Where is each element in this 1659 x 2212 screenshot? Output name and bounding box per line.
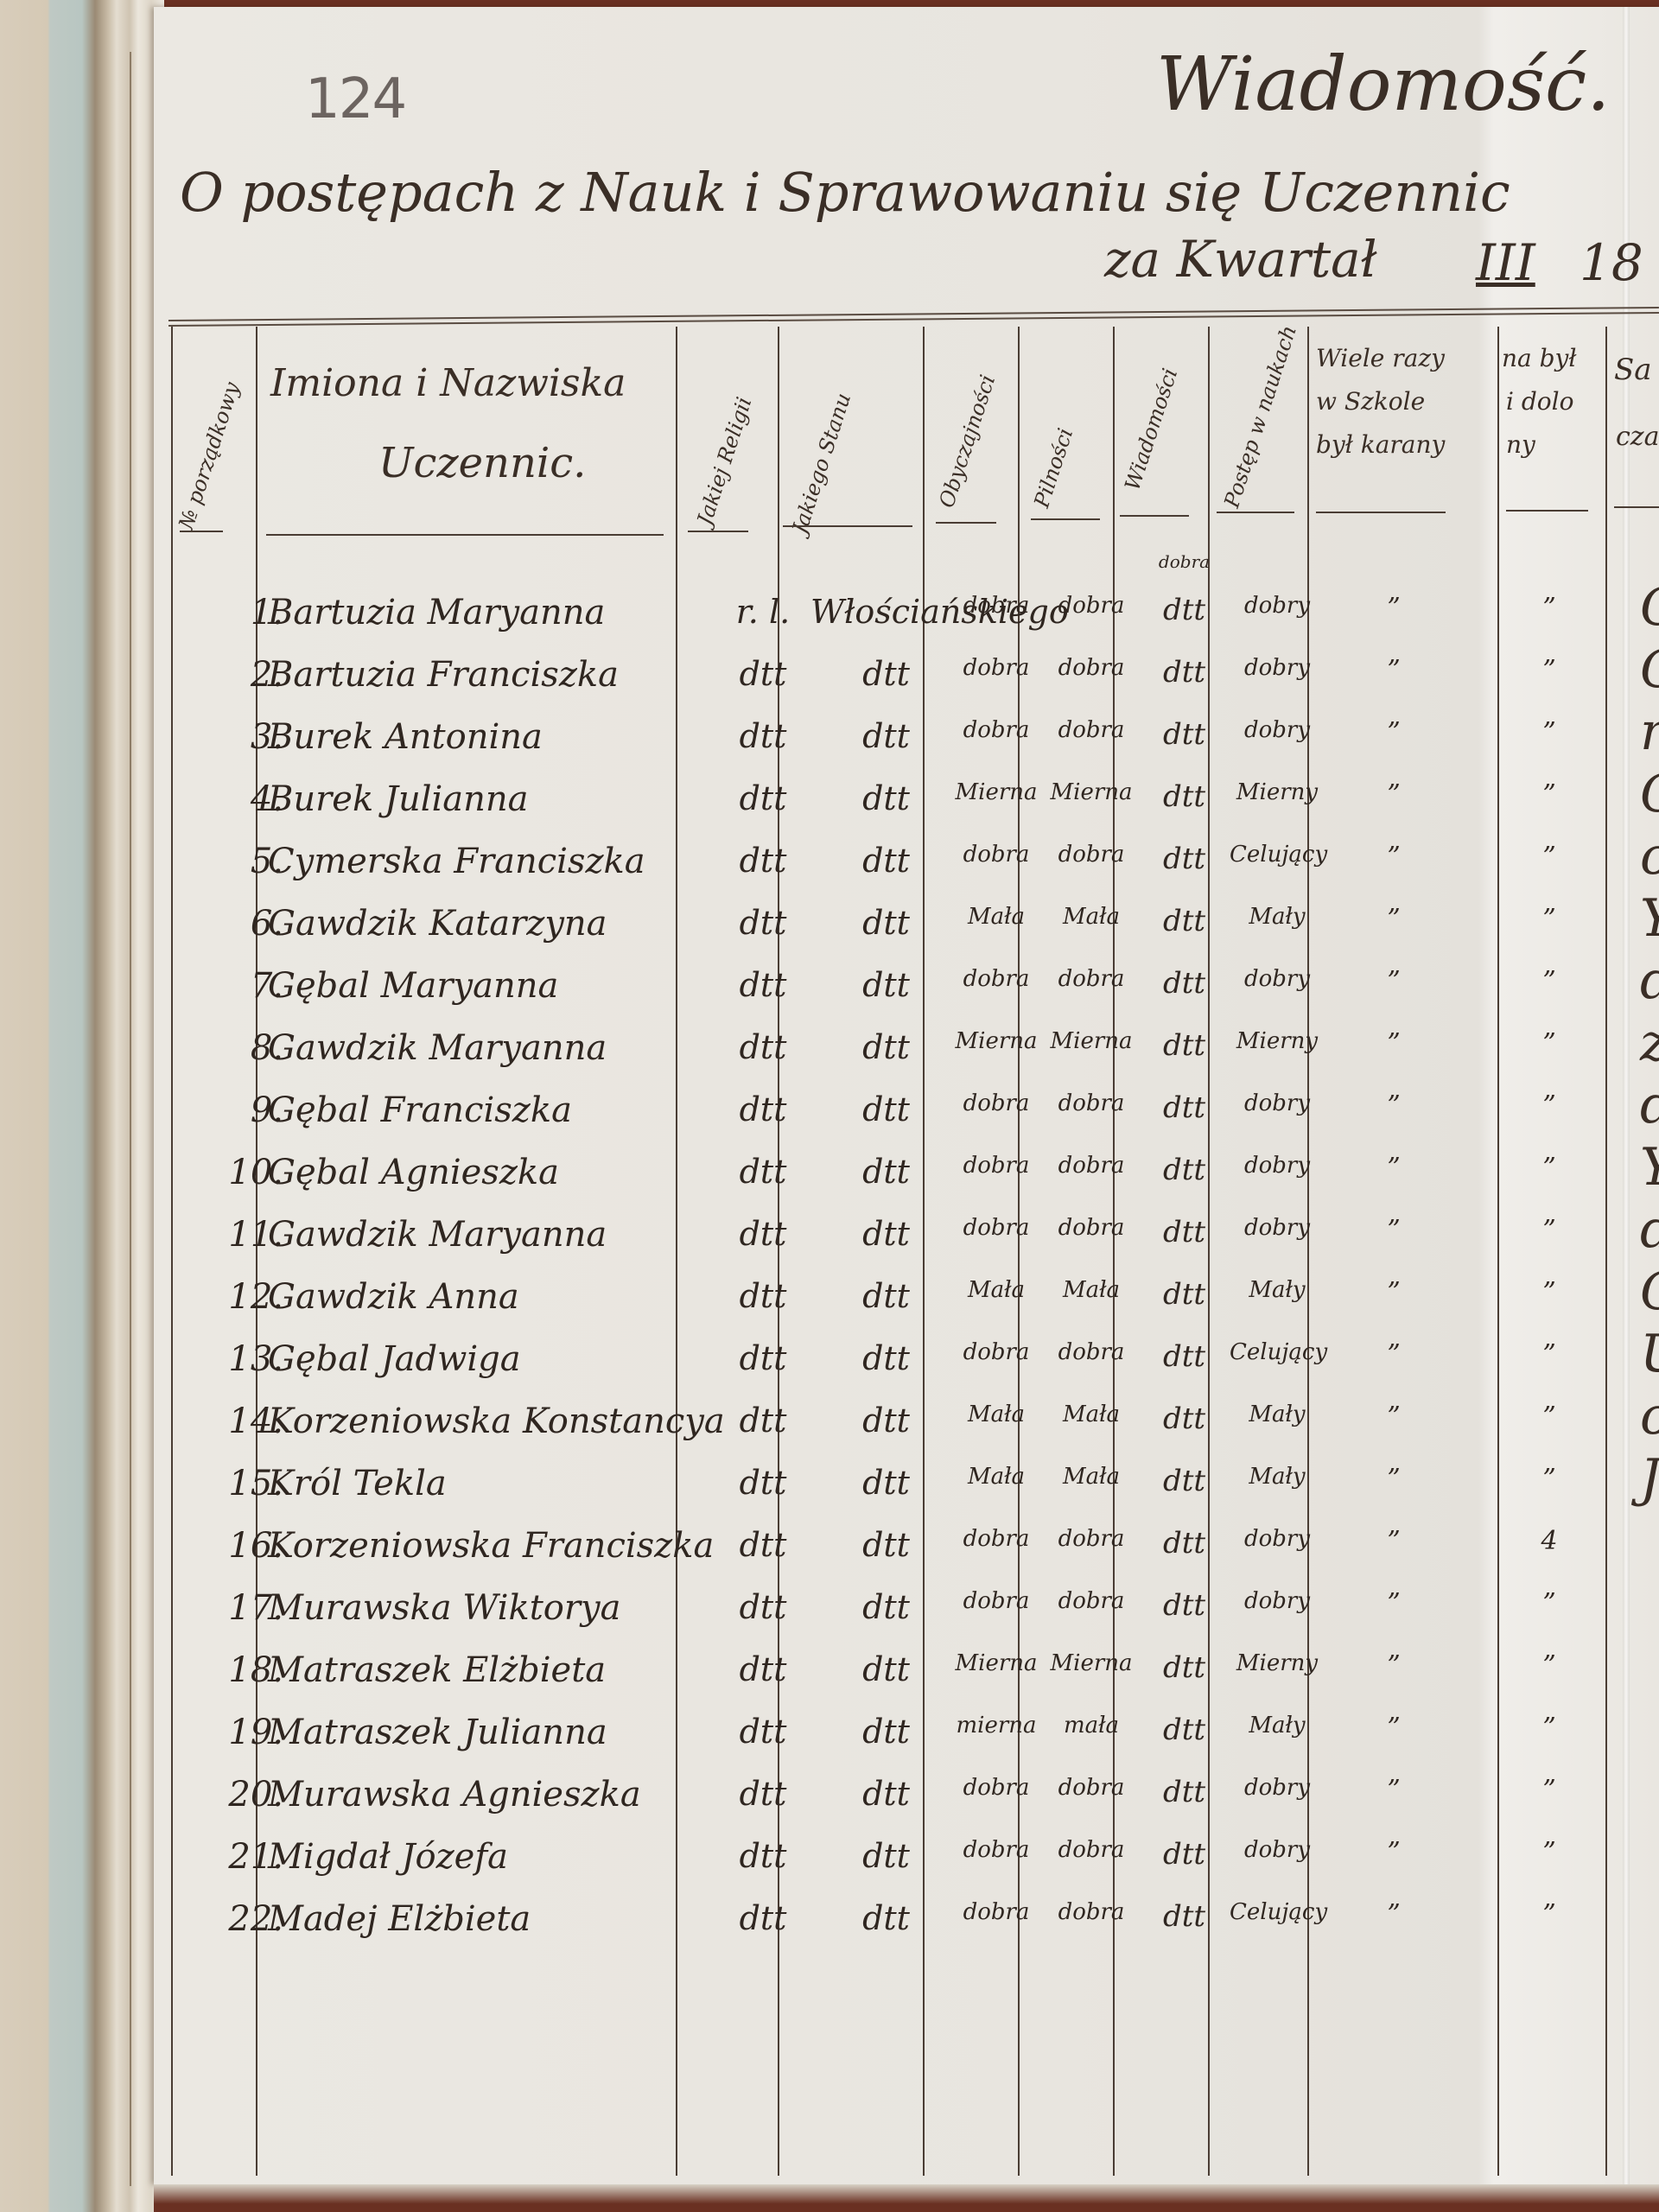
extra-cell: ” <box>1519 1775 1580 1805</box>
table-row: 16.Korzeniowska Franciszkadttdttdobradob… <box>154 1510 1659 1580</box>
estate-cell: dtt <box>810 1215 962 1253</box>
punishments-cell: ” <box>1333 1899 1454 1929</box>
knowledge-grade: dtt <box>1139 966 1230 1001</box>
estate-cell: dtt <box>810 1090 962 1128</box>
student-name: Gawdzik Anna <box>268 1277 519 1317</box>
header-knowledge: Wiadomości <box>1120 365 1182 493</box>
estate-cell: dtt <box>810 966 962 1004</box>
knowledge-grade: dtt <box>1139 1090 1230 1125</box>
religion-cell: dtt <box>715 1153 810 1191</box>
header-right-line1: Sa <box>1614 353 1652 387</box>
religion-cell: dtt <box>715 655 810 693</box>
morals-grade: dobra <box>949 1775 1044 1801</box>
student-name: Gawdzik Maryanna <box>268 1028 607 1068</box>
right-page-fragment: U <box>1640 1324 1659 1384</box>
right-page-fragment: za <box>1640 1013 1659 1073</box>
progress-grade: dobry <box>1230 655 1325 681</box>
student-name: Bartuzia Maryanna <box>268 593 605 632</box>
estate-cell: dtt <box>810 1402 962 1440</box>
punishments-cell: ” <box>1333 1339 1454 1370</box>
estate-cell: dtt <box>810 904 962 942</box>
morals-grade: Mała <box>949 1277 1044 1303</box>
table-row: 10.Gębal Agnieszkadttdttdobradobradttdob… <box>154 1137 1659 1206</box>
religion-cell: dtt <box>715 1526 810 1564</box>
header-name-line2: Uczennic. <box>378 439 586 487</box>
morals-grade: dobra <box>949 655 1044 681</box>
header-name-line1: Imiona i Nazwiska <box>270 361 626 405</box>
progress-grade: Mierny <box>1230 1650 1325 1676</box>
extra-cell: ” <box>1519 1339 1580 1370</box>
extra-cell: ” <box>1519 1650 1580 1681</box>
header-punish-line2: w Szkole <box>1316 387 1425 416</box>
right-page-fragment: dz <box>1640 1199 1659 1260</box>
progress-grade: dobry <box>1230 593 1325 619</box>
punishments-cell: ” <box>1333 1713 1454 1743</box>
table-row: 6.Gawdzik KatarzynadttdttMałaMaładttMały… <box>154 888 1659 957</box>
morals-grade: dobra <box>949 842 1044 868</box>
header-religion: Jakiej Religii <box>692 394 756 528</box>
morals-grade: dobra <box>949 1153 1044 1179</box>
diligence-grade: dobra <box>1044 1090 1139 1116</box>
progress-grade: Mały <box>1230 1464 1325 1490</box>
morals-grade: dobra <box>949 1837 1044 1863</box>
religion-cell: dtt <box>715 1899 810 1937</box>
header-na-line1: na był <box>1502 344 1576 372</box>
punishments-cell: ” <box>1333 1526 1454 1556</box>
extra-cell: ” <box>1519 1588 1580 1618</box>
progress-grade: dobry <box>1230 1837 1325 1863</box>
table-row: 5.Cymerska Franciszkadttdttdobradobradtt… <box>154 826 1659 895</box>
progress-grade: Celujący <box>1230 1339 1325 1365</box>
religion-cell: dtt <box>715 1090 810 1128</box>
religion-cell: dtt <box>715 779 810 817</box>
header-underline <box>1217 512 1294 513</box>
progress-grade: Mały <box>1230 1277 1325 1303</box>
extra-cell: ” <box>1519 966 1580 996</box>
diligence-grade: Mierna <box>1044 1028 1139 1054</box>
religion-cell: dtt <box>715 1588 810 1626</box>
header-underline <box>1120 515 1189 517</box>
diligence-grade: dobra <box>1044 1775 1139 1801</box>
punishments-cell: ” <box>1333 1277 1454 1307</box>
table-row: 2.Bartuzia Franciszkadttdttdobradobradtt… <box>154 639 1659 709</box>
estate-cell: dtt <box>810 1028 962 1066</box>
right-page-fragment: O <box>1640 639 1659 700</box>
header-number: № porządkowy <box>174 379 244 532</box>
diligence-grade: Mała <box>1044 1464 1139 1490</box>
religion-cell: dtt <box>715 904 810 942</box>
year: 18 <box>1580 233 1643 292</box>
table-row: 3.Burek Antoninadttdttdobradobradttdobry… <box>154 702 1659 771</box>
student-name: Burek Antonina <box>268 717 543 757</box>
punishments-cell: ” <box>1333 1402 1454 1432</box>
right-page-fragment: O <box>1640 764 1659 824</box>
knowledge-grade: dtt <box>1139 842 1230 876</box>
religion-cell: dtt <box>715 842 810 880</box>
student-name: Gębal Franciszka <box>268 1090 572 1130</box>
table-row: 15.Król TekladttdttMałaMaładttMały””J <box>154 1448 1659 1517</box>
religion-cell: dtt <box>715 717 810 755</box>
estate-cell: dtt <box>810 842 962 880</box>
header-underline <box>1316 512 1446 513</box>
student-name: Król Tekla <box>268 1464 447 1503</box>
knowledge-grade: dtt <box>1139 1588 1230 1623</box>
religion-cell: dtt <box>715 966 810 1004</box>
knowledge-grade: dtt <box>1139 1339 1230 1374</box>
student-name: Gawdzik Maryanna <box>268 1215 607 1255</box>
estate-cell: dtt <box>810 1153 962 1191</box>
header-punish-line1: Wiele razy <box>1316 344 1445 372</box>
diligence-grade: dobra <box>1044 1215 1139 1241</box>
extra-cell: ” <box>1519 1402 1580 1432</box>
header-underline <box>1614 506 1659 508</box>
table-row: 12.Gawdzik AnnadttdttMałaMaładttMały””O <box>154 1262 1659 1331</box>
diligence-grade: Mała <box>1044 904 1139 930</box>
estate-cell: dtt <box>810 779 962 817</box>
right-page-fragment: O <box>1640 577 1659 638</box>
ledger-page: 124 Wiadomość. O postępach z Nauk i Spra… <box>154 7 1659 2184</box>
student-name: Murawska Wiktorya <box>268 1588 620 1628</box>
punishments-cell: ” <box>1333 1153 1454 1183</box>
diligence-grade: dobra <box>1044 1588 1139 1614</box>
estate-cell: dtt <box>810 1464 962 1502</box>
punishments-cell: ” <box>1333 779 1454 810</box>
progress-grade: dobry <box>1230 1215 1325 1241</box>
header-morals: Obyczajności <box>934 372 1000 511</box>
extra-cell: ” <box>1519 1153 1580 1183</box>
progress-grade: dobry <box>1230 1526 1325 1552</box>
estate-cell: dtt <box>810 1899 962 1937</box>
student-table: № porządkowy Imiona i Nazwiska Uczennic.… <box>154 327 1659 2176</box>
header-underline <box>1506 510 1588 512</box>
punishments-cell: ” <box>1333 717 1454 747</box>
knowledge-grade: dtt <box>1139 1402 1230 1436</box>
header-underline <box>783 525 912 527</box>
progress-grade: Celujący <box>1230 1899 1325 1925</box>
extra-cell: ” <box>1519 1090 1580 1121</box>
header-underline <box>1031 518 1100 520</box>
estate-cell: dtt <box>810 655 962 693</box>
punishments-cell: ” <box>1333 1650 1454 1681</box>
extra-cell: ” <box>1519 717 1580 747</box>
religion-cell: dtt <box>715 1339 810 1377</box>
morals-grade: Mierna <box>949 1650 1044 1676</box>
estate-cell: dtt <box>810 1650 962 1688</box>
morals-grade: Mała <box>949 1402 1044 1427</box>
progress-grade: Mały <box>1230 904 1325 930</box>
morals-grade: dobra <box>949 966 1044 992</box>
morals-grade: Mała <box>949 1464 1044 1490</box>
knowledge-grade: dtt <box>1139 779 1230 814</box>
progress-grade: Mały <box>1230 1713 1325 1738</box>
student-name: Madej Elżbieta <box>268 1899 531 1939</box>
estate-cell: dtt <box>810 1526 962 1564</box>
table-row: 11.Gawdzik Maryannadttdttdobradobradttdo… <box>154 1199 1659 1268</box>
extra-cell: ” <box>1519 655 1580 685</box>
punishments-cell: ” <box>1333 1215 1454 1245</box>
morals-grade: mierna <box>949 1713 1044 1738</box>
table-row: 7.Gębal Maryannadttdttdobradobradttdobry… <box>154 950 1659 1020</box>
diligence-grade: dobra <box>1044 1899 1139 1925</box>
student-name: Matraszek Julianna <box>268 1713 607 1752</box>
header-na-line3: ny <box>1506 430 1535 459</box>
table-row: 20.Murawska Agnieszkadttdttdobradobradtt… <box>154 1759 1659 1828</box>
right-page-fragment: nu <box>1640 702 1659 762</box>
table-row: 18.Matraszek ElżbietadttdttMiernaMiernad… <box>154 1635 1659 1704</box>
right-page-fragment: J <box>1640 1448 1659 1509</box>
table-row: 14.Korzeniowska KonstancyadttdttMałaMała… <box>154 1386 1659 1455</box>
header-underline <box>936 522 996 524</box>
religion-cell: dtt <box>715 1650 810 1688</box>
punishments-cell: ” <box>1333 655 1454 685</box>
table-row: 21.Migdał Józefadttdttdobradobradttdobry… <box>154 1821 1659 1891</box>
table-row: 1.Bartuzia Maryannar. l.Włościańskiegodo… <box>154 577 1659 646</box>
progress-grade: Mierny <box>1230 1028 1325 1054</box>
header-underline <box>266 534 664 536</box>
diligence-grade: dobra <box>1044 717 1139 743</box>
knowledge-grade: dtt <box>1139 593 1230 627</box>
header-estate: Jakiego Stanu <box>787 391 855 537</box>
morals-grade: dobra <box>949 717 1044 743</box>
punishments-cell: ” <box>1333 966 1454 996</box>
knowledge-grade: dtt <box>1139 1277 1230 1312</box>
punishments-cell: ” <box>1333 1090 1454 1121</box>
knowledge-grade: dtt <box>1139 904 1230 938</box>
knowledge-note: dobra <box>1139 551 1230 572</box>
punishments-cell: ” <box>1333 1464 1454 1494</box>
knowledge-grade: dtt <box>1139 1775 1230 1809</box>
right-page-fragment: o <box>1640 826 1659 887</box>
table-row: 13.Gębal JadwigadttdttdobradobradttCeluj… <box>154 1324 1659 1393</box>
punishments-cell: ” <box>1333 904 1454 934</box>
diligence-grade: dobra <box>1044 842 1139 868</box>
table-row: 9.Gębal Franciszkadttdttdobradobradttdob… <box>154 1075 1659 1144</box>
progress-grade: Mały <box>1230 1402 1325 1427</box>
religion-cell: dtt <box>715 1775 810 1813</box>
knowledge-grade: dtt <box>1139 1899 1230 1934</box>
right-page-fragment: O <box>1640 1262 1659 1322</box>
punishments-cell: ” <box>1333 1775 1454 1805</box>
religion-cell: dtt <box>715 1837 810 1875</box>
diligence-grade: dobra <box>1044 1153 1139 1179</box>
right-page-fragment: o <box>1640 1386 1659 1446</box>
knowledge-grade: dtt <box>1139 1028 1230 1063</box>
student-name: Gębal Maryanna <box>268 966 558 1006</box>
right-page-fragment: dz <box>1640 950 1659 1011</box>
student-name: Murawska Agnieszka <box>268 1775 641 1815</box>
page-heading: Wiadomość. <box>1156 41 1610 128</box>
extra-cell: ” <box>1519 1277 1580 1307</box>
extra-cell: ” <box>1519 1713 1580 1743</box>
student-name: Matraszek Elżbieta <box>268 1650 606 1690</box>
header-na-line2: i dolo <box>1506 387 1573 416</box>
header-progress: Postęp w naukach <box>1219 322 1301 511</box>
punishments-cell: ” <box>1333 842 1454 872</box>
knowledge-grade: dtt <box>1139 1650 1230 1685</box>
estate-cell: dtt <box>810 1713 962 1751</box>
knowledge-grade: dtt <box>1139 1837 1230 1872</box>
progress-grade: Celujący <box>1230 842 1325 868</box>
estate-cell: Włościańskiego <box>810 593 962 631</box>
estate-cell: dtt <box>810 1277 962 1315</box>
knowledge-grade: dtt <box>1139 1464 1230 1498</box>
progress-grade: Mierny <box>1230 779 1325 805</box>
extra-cell: ” <box>1519 593 1580 623</box>
estate-cell: dtt <box>810 717 962 755</box>
student-name: Migdał Józefa <box>268 1837 508 1877</box>
estate-cell: dtt <box>810 1775 962 1813</box>
punishments-cell: ” <box>1333 1588 1454 1618</box>
table-row: 19.Matraszek Juliannadttdttmiernamaładtt… <box>154 1697 1659 1766</box>
progress-grade: dobry <box>1230 1775 1325 1801</box>
estate-cell: dtt <box>810 1837 962 1875</box>
table-row: 17.Murawska Wiktoryadttdttdobradobradttd… <box>154 1573 1659 1642</box>
header-diligence: Pilności <box>1029 425 1077 511</box>
religion-cell: r. l. <box>715 593 810 631</box>
morals-grade: dobra <box>949 1588 1044 1614</box>
progress-grade: dobry <box>1230 966 1325 992</box>
student-name: Cymerska Franciszka <box>268 842 645 881</box>
table-row: 4.Burek JuliannadttdttMiernaMiernadttMie… <box>154 764 1659 833</box>
extra-cell: ” <box>1519 1899 1580 1929</box>
morals-grade: dobra <box>949 1090 1044 1116</box>
extra-cell: ” <box>1519 842 1580 872</box>
right-page-fragment: Y <box>1640 888 1659 949</box>
morals-grade: Mała <box>949 904 1044 930</box>
extra-cell: ” <box>1519 1464 1580 1494</box>
extra-cell: ” <box>1519 1215 1580 1245</box>
religion-cell: dtt <box>715 1713 810 1751</box>
student-name: Gawdzik Katarzyna <box>268 904 607 944</box>
right-page-fragment: dl <box>1640 1075 1659 1135</box>
header-right-line2: cza <box>1616 422 1659 452</box>
knowledge-grade: dtt <box>1139 1153 1230 1187</box>
folio-number: 124 <box>305 67 405 131</box>
morals-grade: dobra <box>949 1526 1044 1552</box>
table-row: 22.Madej ElżbietadttdttdobradobradttCelu… <box>154 1884 1659 1953</box>
diligence-grade: dobra <box>1044 593 1139 619</box>
morals-grade: Mierna <box>949 1028 1044 1054</box>
knowledge-grade: dtt <box>1139 717 1230 752</box>
knowledge-grade: dtt <box>1139 1215 1230 1249</box>
diligence-grade: dobra <box>1044 1526 1139 1552</box>
religion-cell: dtt <box>715 1402 810 1440</box>
diligence-grade: Mała <box>1044 1277 1139 1303</box>
diligence-grade: Mierna <box>1044 1650 1139 1676</box>
header-punish-line3: był karany <box>1316 430 1445 459</box>
diligence-grade: dobra <box>1044 1339 1139 1365</box>
student-name: Gębal Jadwiga <box>268 1339 521 1379</box>
diligence-grade: dobra <box>1044 655 1139 681</box>
religion-cell: dtt <box>715 1028 810 1066</box>
punishments-cell: ” <box>1333 593 1454 623</box>
progress-grade: dobry <box>1230 1090 1325 1116</box>
religion-cell: dtt <box>715 1277 810 1315</box>
extra-cell: ” <box>1519 1028 1580 1058</box>
knowledge-grade: dtt <box>1139 1713 1230 1747</box>
extra-cell: ” <box>1519 1837 1580 1867</box>
page-subtitle: O postępach z Nauk i Sprawowaniu się Ucz… <box>180 161 1510 224</box>
punishments-cell: ” <box>1333 1837 1454 1867</box>
page-subtitle-quarter: za Kwartał <box>1104 230 1377 289</box>
quarter-number: III <box>1476 233 1535 292</box>
morals-grade: dobra <box>949 1899 1044 1925</box>
morals-grade: Mierna <box>949 779 1044 805</box>
estate-cell: dtt <box>810 1588 962 1626</box>
progress-grade: dobry <box>1230 1153 1325 1179</box>
progress-grade: dobry <box>1230 717 1325 743</box>
header-underline <box>180 531 223 532</box>
student-name: Korzeniowska Konstancya <box>268 1402 725 1441</box>
extra-cell: ” <box>1519 904 1580 934</box>
diligence-grade: Mała <box>1044 1402 1139 1427</box>
extra-cell: 4 <box>1519 1526 1580 1556</box>
religion-cell: dtt <box>715 1215 810 1253</box>
religion-cell: dtt <box>715 1464 810 1502</box>
estate-cell: dtt <box>810 1339 962 1377</box>
punishments-cell: ” <box>1333 1028 1454 1058</box>
knowledge-grade: dtt <box>1139 1526 1230 1560</box>
extra-cell: ” <box>1519 779 1580 810</box>
student-name: Korzeniowska Franciszka <box>268 1526 714 1566</box>
diligence-grade: Mierna <box>1044 779 1139 805</box>
diligence-grade: dobra <box>1044 966 1139 992</box>
header-rule <box>168 307 1659 327</box>
morals-grade: dobra <box>949 1339 1044 1365</box>
knowledge-grade: dtt <box>1139 655 1230 690</box>
student-name: Gębal Agnieszka <box>268 1153 559 1192</box>
right-page-fragment: Y <box>1640 1137 1659 1198</box>
table-row: 8.Gawdzik MaryannadttdttMiernaMiernadttM… <box>154 1013 1659 1082</box>
header-underline <box>688 531 748 532</box>
student-name: Bartuzia Franciszka <box>268 655 619 695</box>
diligence-grade: mała <box>1044 1713 1139 1738</box>
page-bottom-edge <box>154 2184 1659 2212</box>
morals-grade: dobra <box>949 593 1044 619</box>
student-name: Burek Julianna <box>268 779 529 819</box>
diligence-grade: dobra <box>1044 1837 1139 1863</box>
morals-grade: dobra <box>949 1215 1044 1241</box>
progress-grade: dobry <box>1230 1588 1325 1614</box>
